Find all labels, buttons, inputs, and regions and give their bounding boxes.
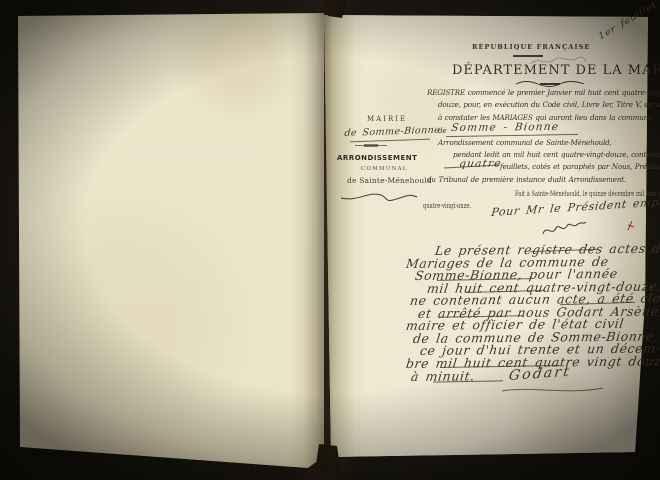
arrondissement-label: ARRONDISSEMENT xyxy=(337,154,417,162)
registre-line-4: de xyxy=(438,126,446,135)
margin-divider xyxy=(354,143,388,148)
margin-flourish xyxy=(339,189,419,203)
registre-line-2: douze, pour, en exécution du Code civil,… xyxy=(438,100,660,109)
scanned-register-spread: 1er feuillet RÉPUBLIQUE FRANÇAISE DÉPART… xyxy=(0,0,660,480)
registre-line-5: Arrondissement communal de Sainte-Méneho… xyxy=(438,138,612,147)
fait-line-2: quatre-vingt-onze. xyxy=(423,202,471,210)
registre-line-8: du Tribunal de première instance dudit A… xyxy=(427,175,626,184)
scroll-ornament xyxy=(514,79,586,88)
red-check-mark xyxy=(626,220,636,233)
president-signature-scrawl xyxy=(540,219,588,239)
commune-fill-handwritten: Somme - Bionne xyxy=(450,121,560,134)
mairie-label: MAIRIE xyxy=(367,115,407,123)
department-heading: DÉPARTEMENT DE LA MARNE xyxy=(452,63,648,78)
registre-line-1: REGISTRE commencé le premier Janvier mil… xyxy=(427,88,660,97)
republic-heading: RÉPUBLIQUE FRANÇAISE xyxy=(472,43,584,51)
signature-swash xyxy=(500,386,605,395)
communal-label: COMMUNAL xyxy=(361,166,408,172)
arrondissement-place: de Sainte-Ménehould xyxy=(347,176,432,185)
registre-line-7: feuillets, cotés et paraphés par Nous, P… xyxy=(500,162,660,171)
